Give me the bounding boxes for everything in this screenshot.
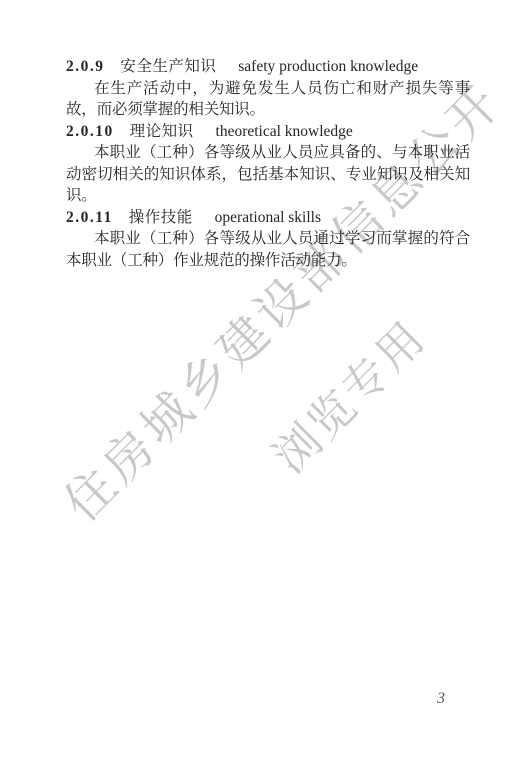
term-entry-2010: 2.0.10 理论知识 theoretical knowledge 本职业（工种…	[66, 121, 470, 207]
watermark-diagonal-secondary: 浏览专用	[256, 303, 438, 485]
term-entry-209: 2.0.9 安全生产知识 safety production knowledge…	[66, 56, 470, 121]
page-number: 3	[437, 690, 445, 708]
term-definition: 本职业（工种）各等级从业人员通过学习而掌握的符合本职业（工种）作业规范的操作活动…	[66, 228, 470, 271]
term-heading: 2.0.10 理论知识 theoretical knowledge	[66, 121, 470, 143]
term-entry-2011: 2.0.11 操作技能 operational skills 本职业（工种）各等…	[66, 207, 470, 272]
term-definition: 本职业（工种）各等级从业人员应具备的、与本职业活动密切相关的知识体系，包括基本知…	[66, 142, 470, 207]
term-number: 2.0.11	[66, 209, 113, 226]
term-title-english: operational skills	[215, 209, 321, 226]
term-definition: 在生产活动中，为避免发生人员伤亡和财产损失等事故，而必须掌握的相关知识。	[66, 78, 470, 121]
term-number: 2.0.10	[66, 123, 114, 140]
term-title-english: safety production knowledge	[238, 58, 418, 75]
term-title-chinese: 理论知识	[130, 123, 194, 140]
term-title-chinese: 操作技能	[129, 209, 193, 226]
term-number: 2.0.9	[66, 58, 105, 75]
term-heading: 2.0.9 安全生产知识 safety production knowledge	[66, 56, 470, 78]
term-title-english: theoretical knowledge	[216, 123, 353, 140]
term-heading: 2.0.11 操作技能 operational skills	[66, 207, 470, 229]
terms-section: 2.0.9 安全生产知识 safety production knowledge…	[66, 56, 470, 271]
term-title-chinese: 安全生产知识	[120, 58, 216, 75]
document-page: 住房城乡建设部信息公开 浏览专用 2.0.9 安全生产知识 safety pro…	[0, 0, 529, 767]
